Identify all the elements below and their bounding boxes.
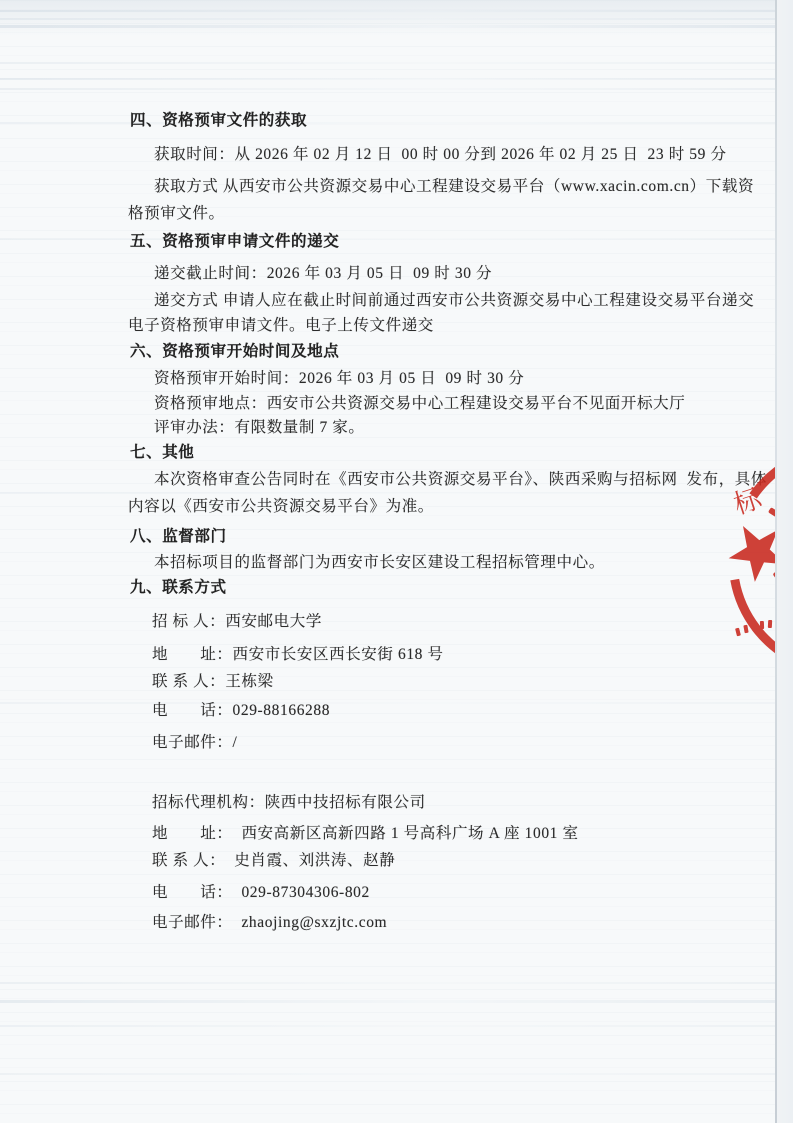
scan-streak (0, 25, 793, 28)
line-submit-method: 递交方式 申请人应在截止时间前通过西安市公共资源交易中心工程建设交易平台递交 (128, 291, 754, 310)
line-supervision-dept: 本招标项目的监督部门为西安市长安区建设工程招标管理中心。 (128, 553, 605, 572)
scan-streak (0, 982, 793, 984)
scan-streak (0, 492, 793, 494)
line-agency-address: 地 址： 西安高新区高新四路 1 号高科广场 A 座 1001 室 (152, 824, 579, 843)
heading-section-4: 四、资格预审文件的获取 (130, 111, 307, 130)
line-tenderer-contact: 联 系 人：王栋梁 (152, 672, 274, 691)
scan-streak (0, 10, 793, 12)
scan-streak (0, 62, 793, 64)
seal-mark (735, 628, 741, 637)
line-tenderer-phone: 电 话：029-88166288 (152, 701, 330, 720)
seal-ring (733, 460, 778, 665)
line-prequal-location: 资格预审地点：西安市公共资源交易中心工程建设交易平台不见面开标大厅 (128, 394, 685, 413)
line-agency-email: 电子邮件： zhaojing@sxzjtc.com (152, 913, 387, 932)
line-tenderer-email: 电子邮件：/ (152, 733, 237, 752)
seal-mark (760, 621, 764, 629)
red-seal-stamp: 标 (698, 460, 778, 665)
scan-streak (0, 702, 793, 704)
paper-edge-gutter (777, 0, 793, 1123)
scan-streak (0, 1073, 793, 1075)
line-review-method: 评审办法：有限数量制 7 家。 (128, 418, 365, 437)
line-submit-method-cont: 电子资格预审申请文件。电子上传文件递交 (128, 316, 434, 335)
heading-section-9: 九、联系方式 (130, 578, 227, 597)
heading-section-7: 七、其他 (130, 443, 194, 462)
heading-section-6: 六、资格预审开始时间及地点 (130, 342, 339, 361)
seal-mark (768, 620, 772, 628)
line-announcement: 本次资格审查公告同时在《西安市公共资源交易平台》、陕西采购与招标网 发布，具体 (128, 470, 767, 489)
scan-streak (0, 78, 793, 80)
scan-streak (0, 1025, 793, 1027)
heading-section-5: 五、资格预审申请文件的递交 (130, 232, 339, 251)
line-announcement-cont: 内容以《西安市公共资源交易平台》为准。 (128, 497, 434, 516)
scanned-document-page: 四、资格预审文件的获取 获取时间：从 2026 年 02 月 12 日 00 时… (0, 0, 793, 1123)
seal-mark (743, 625, 748, 634)
line-obtain-time: 获取时间：从 2026 年 02 月 12 日 00 时 00 分到 2026 … (128, 145, 727, 164)
scan-streak (0, 88, 793, 90)
scan-streak (0, 122, 793, 124)
line-agency-contact: 联 系 人： 史肖霞、刘洪涛、赵静 (152, 851, 395, 870)
line-submit-deadline: 递交截止时间：2026 年 03 月 05 日 09 时 30 分 (128, 264, 492, 283)
heading-section-8: 八、监督部门 (130, 527, 227, 546)
scan-streak (0, 238, 793, 240)
line-obtain-method-cont: 格预审文件。 (128, 204, 225, 223)
line-tenderer-name: 招 标 人：西安邮电大学 (152, 612, 322, 631)
line-prequal-start-time: 资格预审开始时间：2026 年 03 月 05 日 09 时 30 分 (128, 369, 524, 388)
line-tenderer-address: 地 址：西安市长安区西长安街 618 号 (152, 645, 444, 664)
seal-star-icon (718, 512, 778, 588)
scan-streak (0, 1000, 793, 1003)
scan-streak (0, 18, 793, 20)
seal-mark (752, 623, 757, 631)
line-obtain-method: 获取方式 从西安市公共资源交易中心工程建设交易平台（www.xacin.com.… (128, 177, 754, 196)
line-agency-phone: 电 话： 029-87304306-802 (152, 883, 370, 902)
line-agency-name: 招标代理机构：陕西中技招标有限公司 (152, 793, 426, 812)
